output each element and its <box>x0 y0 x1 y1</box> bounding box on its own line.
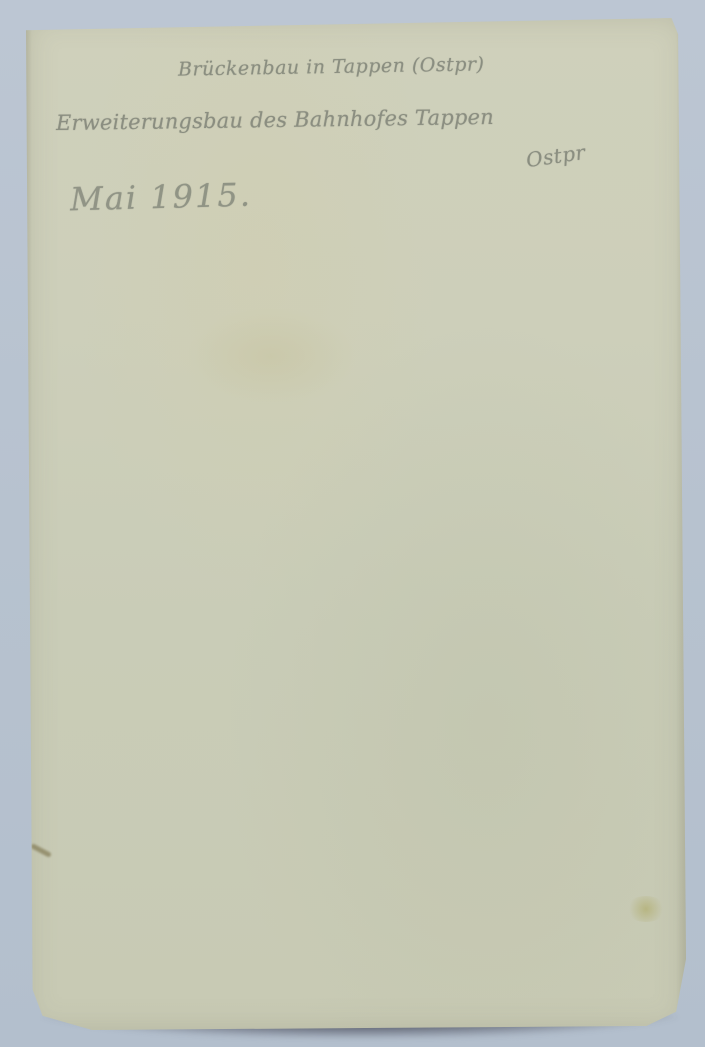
yellow-stain <box>626 896 666 922</box>
card-edge-left <box>26 16 32 1030</box>
card-edge-right <box>676 16 686 1030</box>
faded-stain <box>186 306 356 406</box>
handwritten-date: Mai 1915. <box>70 176 253 219</box>
handwritten-line-2: Erweiterungsbau des Bahnhofes Tappen <box>56 105 494 135</box>
edge-crease-mark <box>30 843 52 858</box>
handwritten-line-2-continued: Ostpr <box>525 140 587 172</box>
handwritten-line-1: Brückenbau in Tappen (Ostpr) <box>178 53 485 80</box>
photo-card-back: Brückenbau in Tappen (Ostpr) Erweiterung… <box>26 16 686 1030</box>
